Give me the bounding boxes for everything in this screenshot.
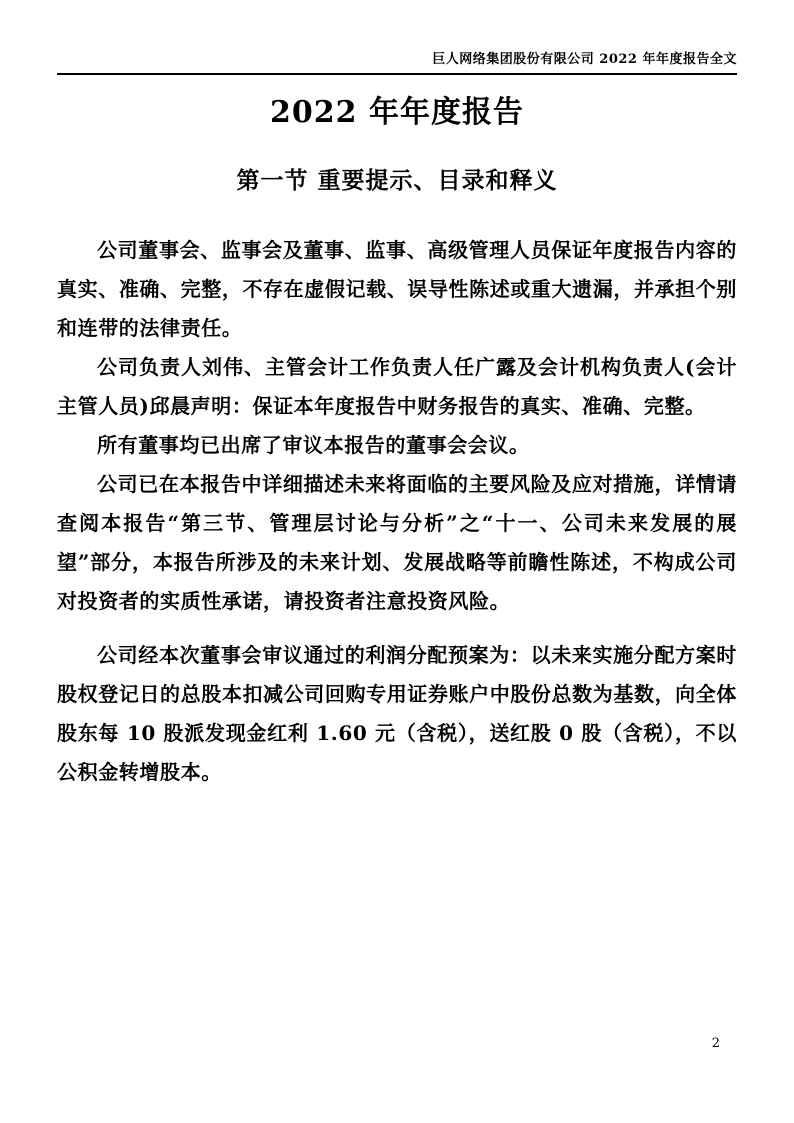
- report-body: 公司董事会、监事会及董事、监事、高级管理人员保证年度报告内容的真实、准确、完整，…: [57, 231, 737, 792]
- report-title: 2022 年年度报告: [57, 92, 737, 134]
- paragraph-board-assurance: 公司董事会、监事会及董事、监事、高级管理人员保证年度报告内容的真实、准确、完整，…: [57, 231, 737, 348]
- report-page: 巨人网络集团股份有限公司 2022 年年度报告全文 2022 年年度报告 第一节…: [0, 0, 794, 1123]
- paragraph-board-attendance: 所有董事均已出席了审议本报告的董事会会议。: [57, 426, 737, 465]
- paragraph-dividend-plan: 公司经本次董事会审议通过的利润分配预案为：以未来实施分配方案时股权登记日的总股本…: [57, 636, 737, 792]
- paragraph-financial-declaration: 公司负责人刘伟、主管会计工作负责人任广露及会计机构负责人(会计主管人员)邱晨声明…: [57, 348, 737, 426]
- section-heading: 第一节 重要提示、目录和释义: [57, 165, 737, 197]
- header-text: 巨人网络集团股份有限公司 2022 年年度报告全文: [432, 52, 737, 67]
- page-header: 巨人网络集团股份有限公司 2022 年年度报告全文: [57, 0, 737, 75]
- page-number: 2: [712, 1036, 720, 1052]
- paragraph-risk-statement: 公司已在本报告中详细描述未来将面临的主要风险及应对措施，详情请查阅本报告“第三节…: [57, 465, 737, 621]
